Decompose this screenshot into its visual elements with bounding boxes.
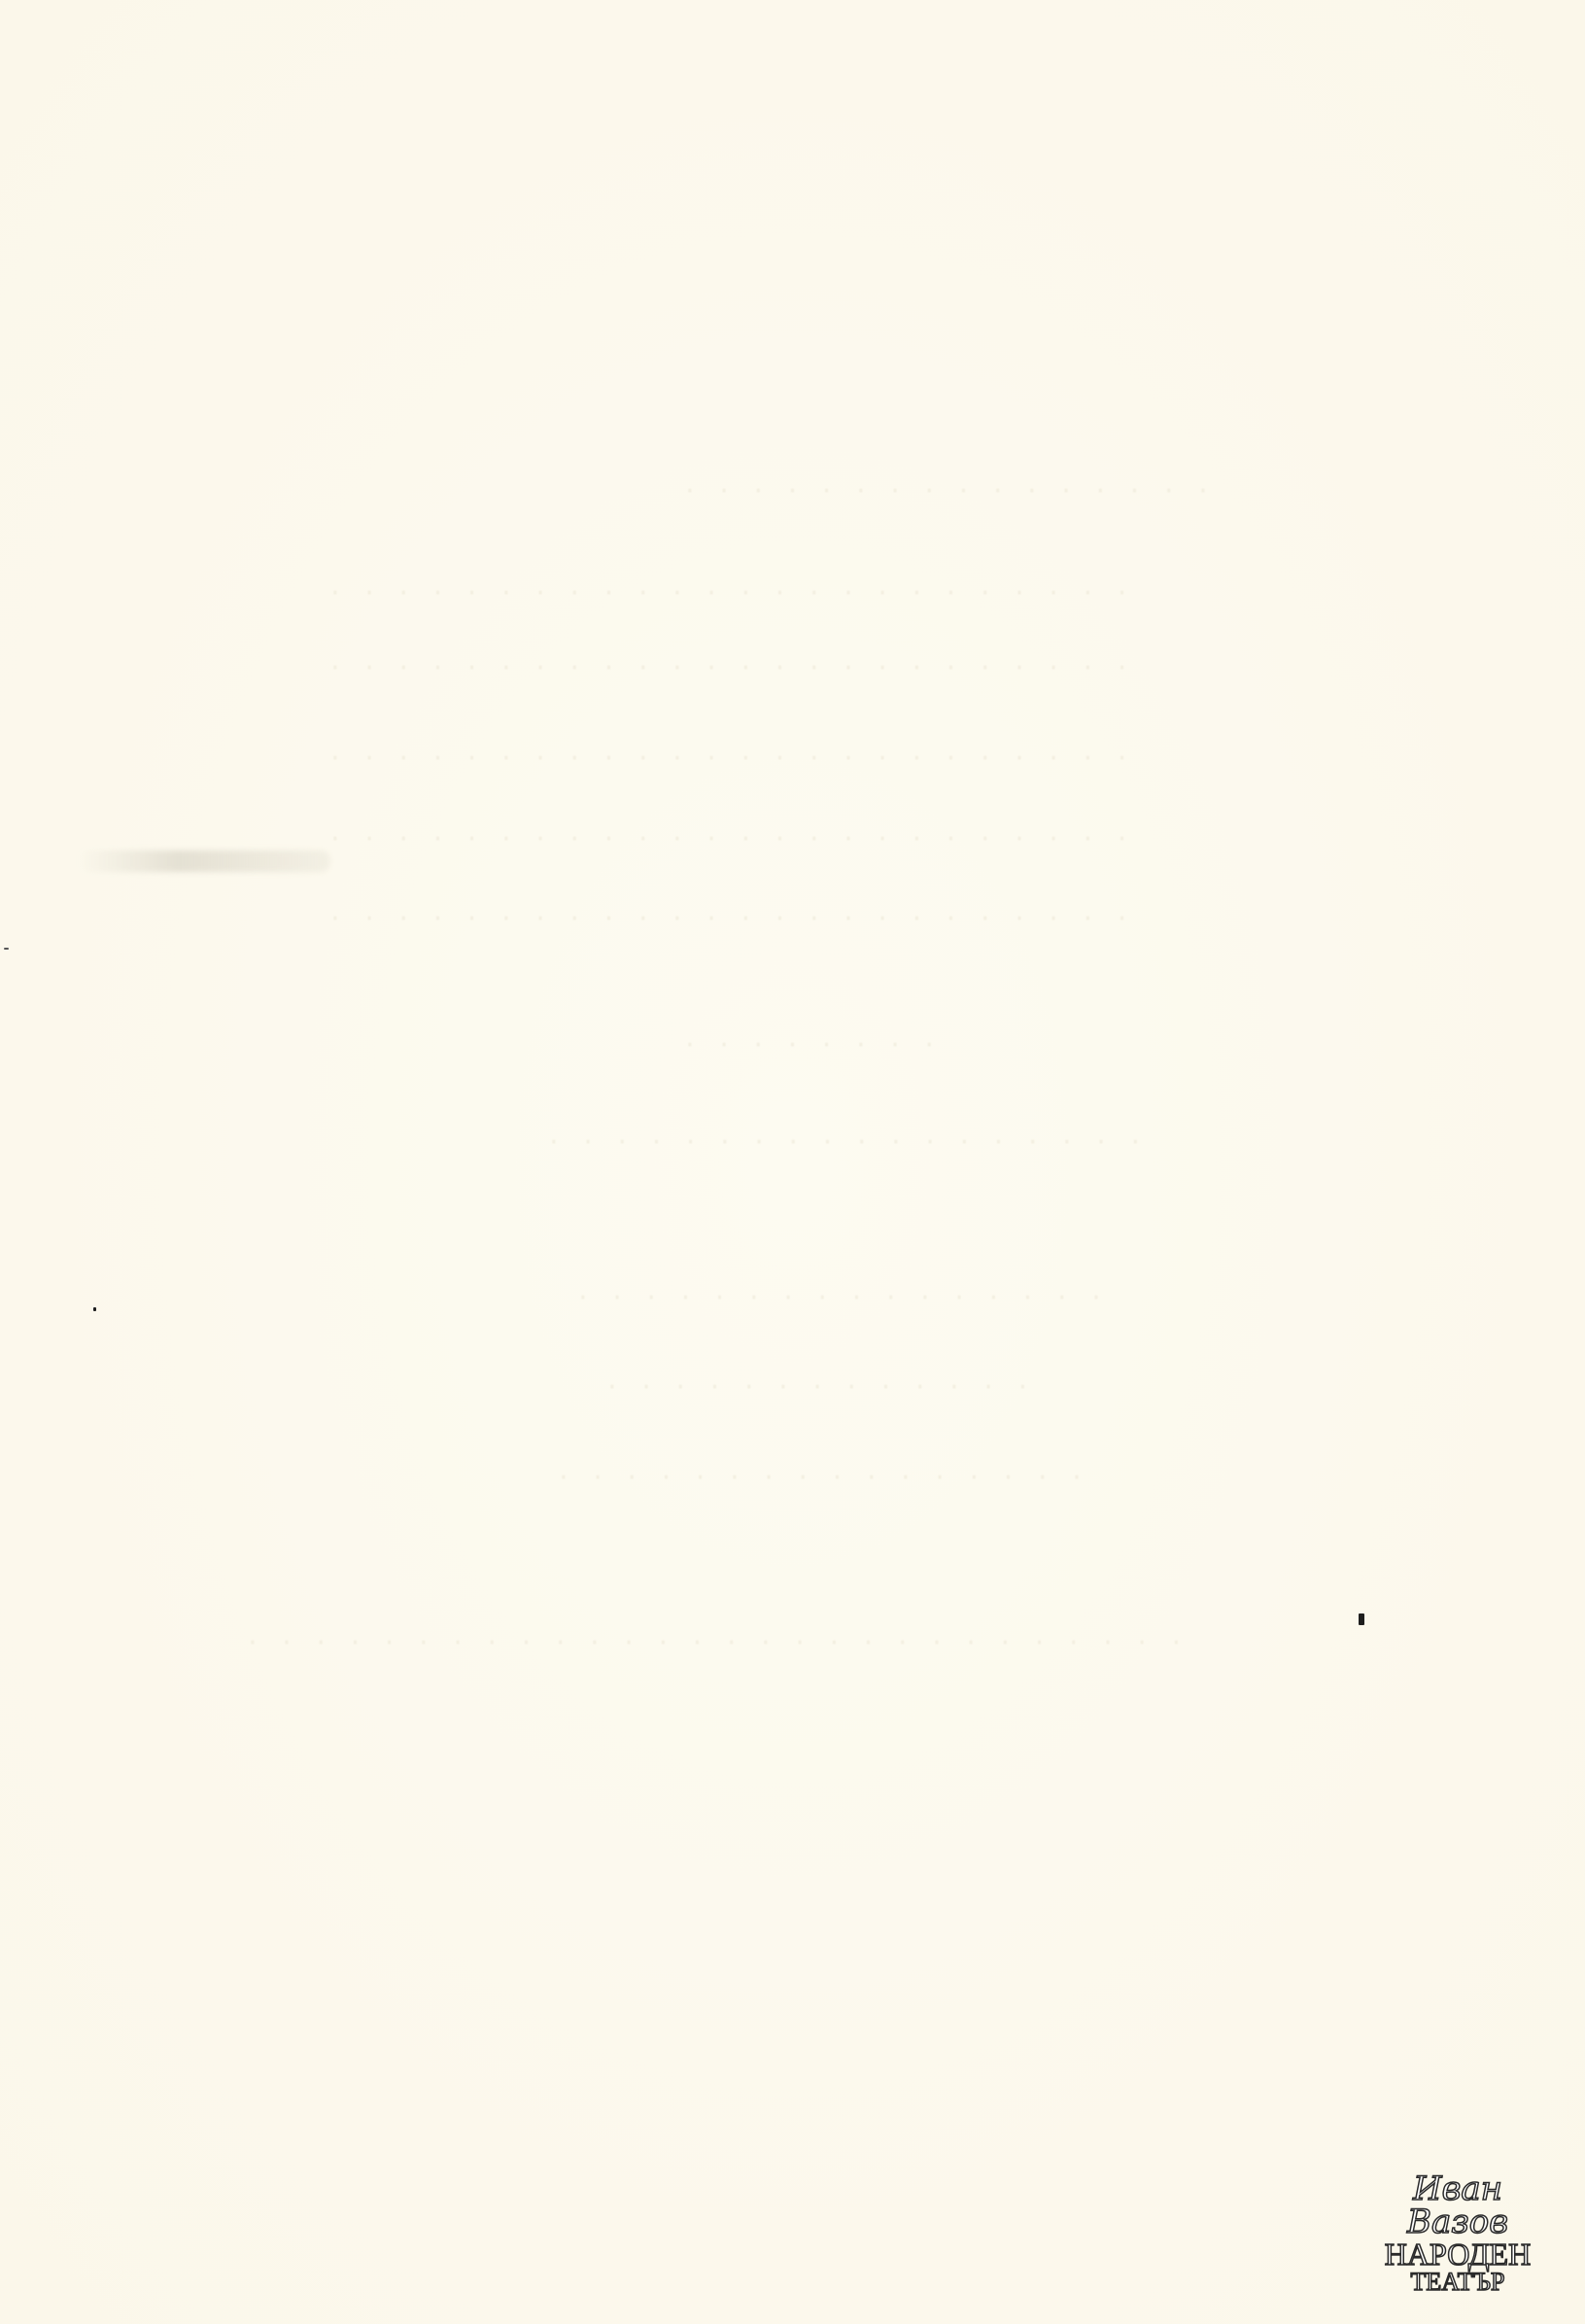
theatre-stamp-logo: Иван Вазов НАРОДЕН ТЕАТЪР (1375, 2172, 1540, 2295)
ink-speck (93, 1307, 96, 1311)
ghost-text-line: · · · · · · · · · · · · · · · · · · · · … (326, 744, 1129, 773)
ghost-text-line: · · · · · · · · · · · · · · · · · · · · … (326, 653, 1129, 682)
ghost-text-line: · · · · · · · · · · · · · · · · · · · · … (243, 1628, 1184, 1657)
ghost-text-line: · · · · · · · · · · · · · · · · · · · · … (326, 904, 1129, 933)
ghost-text-line: · · · · · · · · · · · · · · · · · · · · … (326, 824, 1129, 853)
ink-smudge (78, 850, 330, 872)
stamp-script: Иван Вазов (1375, 2172, 1540, 2238)
ghost-text-line: · · · · · · · · · · · · · (603, 1372, 1030, 1402)
ghost-text-line: · · · · · · · · (680, 1030, 937, 1059)
stamp-line2: ТЕАТЪР (1375, 2270, 1540, 2295)
ghost-text-line: · · · · · · · · · · · · · · · · (573, 1283, 1104, 1312)
ink-speck (4, 948, 9, 950)
ghost-text-line: · · · · · · · · · · · · · · · · (554, 1463, 1085, 1492)
ink-speck (1359, 1613, 1364, 1625)
ghost-text-line: · · · · · · · · · · · · · · · · · · (544, 1127, 1143, 1157)
stamp-line1: НАРОДЕН (1375, 2238, 1540, 2270)
ghost-text-line: · · · · · · · · · · · · · · · · · · · · … (326, 578, 1129, 607)
paper-page: · · · · · · · · · · · · · · · · · · · · … (0, 0, 1585, 2324)
ghost-text-line: · · · · · · · · · · · · · · · · (680, 476, 1211, 505)
